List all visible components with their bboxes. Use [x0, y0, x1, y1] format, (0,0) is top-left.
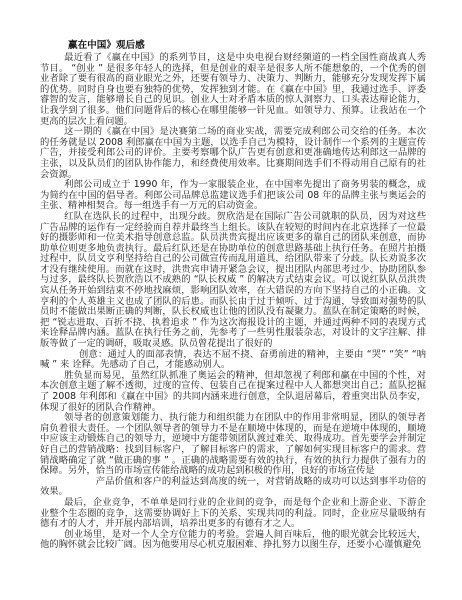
paragraph-lilang-company: 利郎公司成立于 1990 年，作为一家服装企业，在中国率先提出了商务男装的概念，…: [40, 180, 426, 212]
paragraph-product-value: 产品价值和客户的利益达到高度的统一，对营销战略的成功可以达到事半功倍的效果。: [40, 477, 426, 498]
paragraph-result: 胜负显而易见，虽然红队抓准了奥运会的精神，但却忽视了利郎和赢在中国的个性，对本次…: [40, 371, 426, 413]
paragraph-competition: 最后，企业竞争，不单单是同行业的企业间的竞争，而是每个企业和上游企业、下游企业整…: [40, 498, 426, 530]
paragraph-intro: 最近看了《赢在中国》的系列节目，这是中央电视台财经频道的一档全国性商战真人秀节目…: [40, 53, 426, 127]
paragraph-red-team: 红队在选队长的过程中，出现分歧。贺欣浩是在国际广告公司就职的队员，因为对这些广告…: [40, 212, 426, 350]
paragraph-creative-idea: 创意：通过人的面部表情，表达不屈不挠、奋勇前进的精神，主要由 “哭” “笑” “…: [40, 350, 426, 371]
document-page: 赢在中国》观后感 最近看了《赢在中国》的系列节目，这是中央电视台财经频道的一档全…: [0, 0, 462, 600]
document-title: 赢在中国》观后感: [68, 40, 426, 52]
paragraph-task: 这一期的《赢在中国》是决赛第二场的商业实战，需要完成利郎公司交给的任务。本次的任…: [40, 127, 426, 180]
paragraph-leadership: 领导者的创意策划能力、执行能力和组织能力在团队中的作用非常明显，团队的领导者肩负…: [40, 413, 426, 477]
paragraph-conclusion: 创业场里，是对一个人全方位能力的考验。尝遍人间百味后，他的眼光就会比较远大，他的…: [40, 530, 426, 551]
